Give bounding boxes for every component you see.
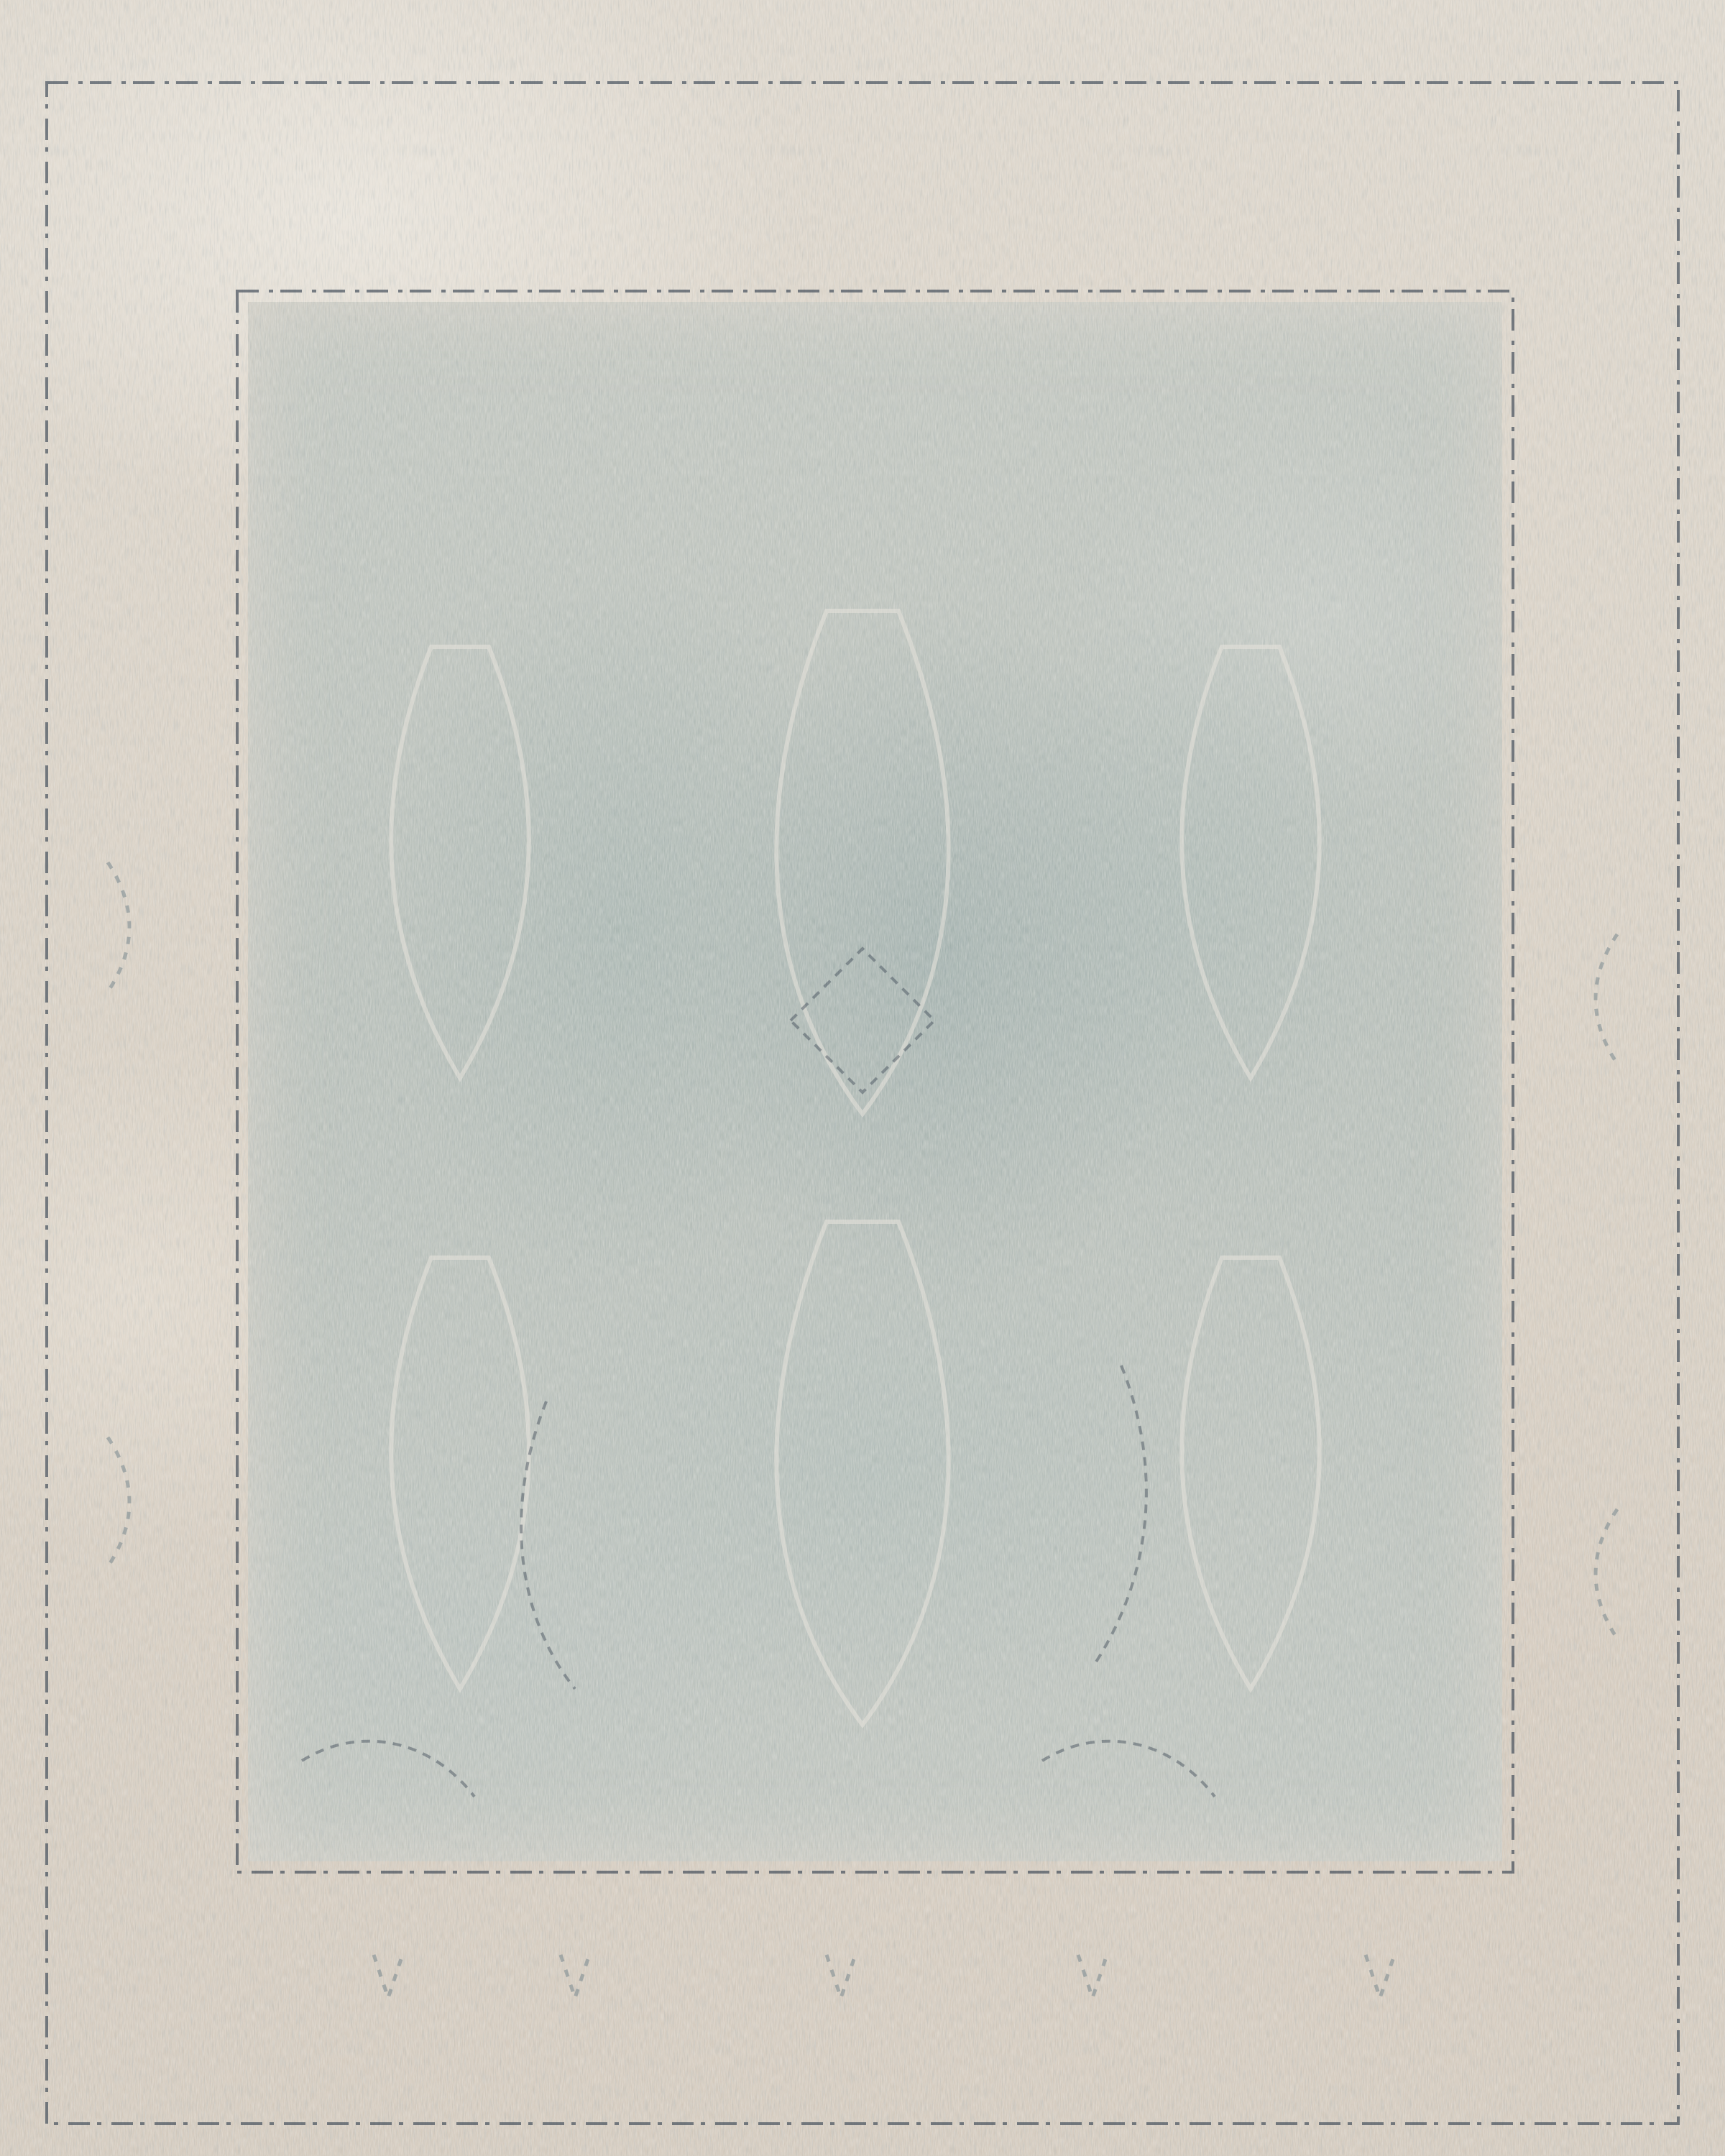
rug-photo [0,0,1725,2156]
rug-pattern [0,0,1725,2156]
